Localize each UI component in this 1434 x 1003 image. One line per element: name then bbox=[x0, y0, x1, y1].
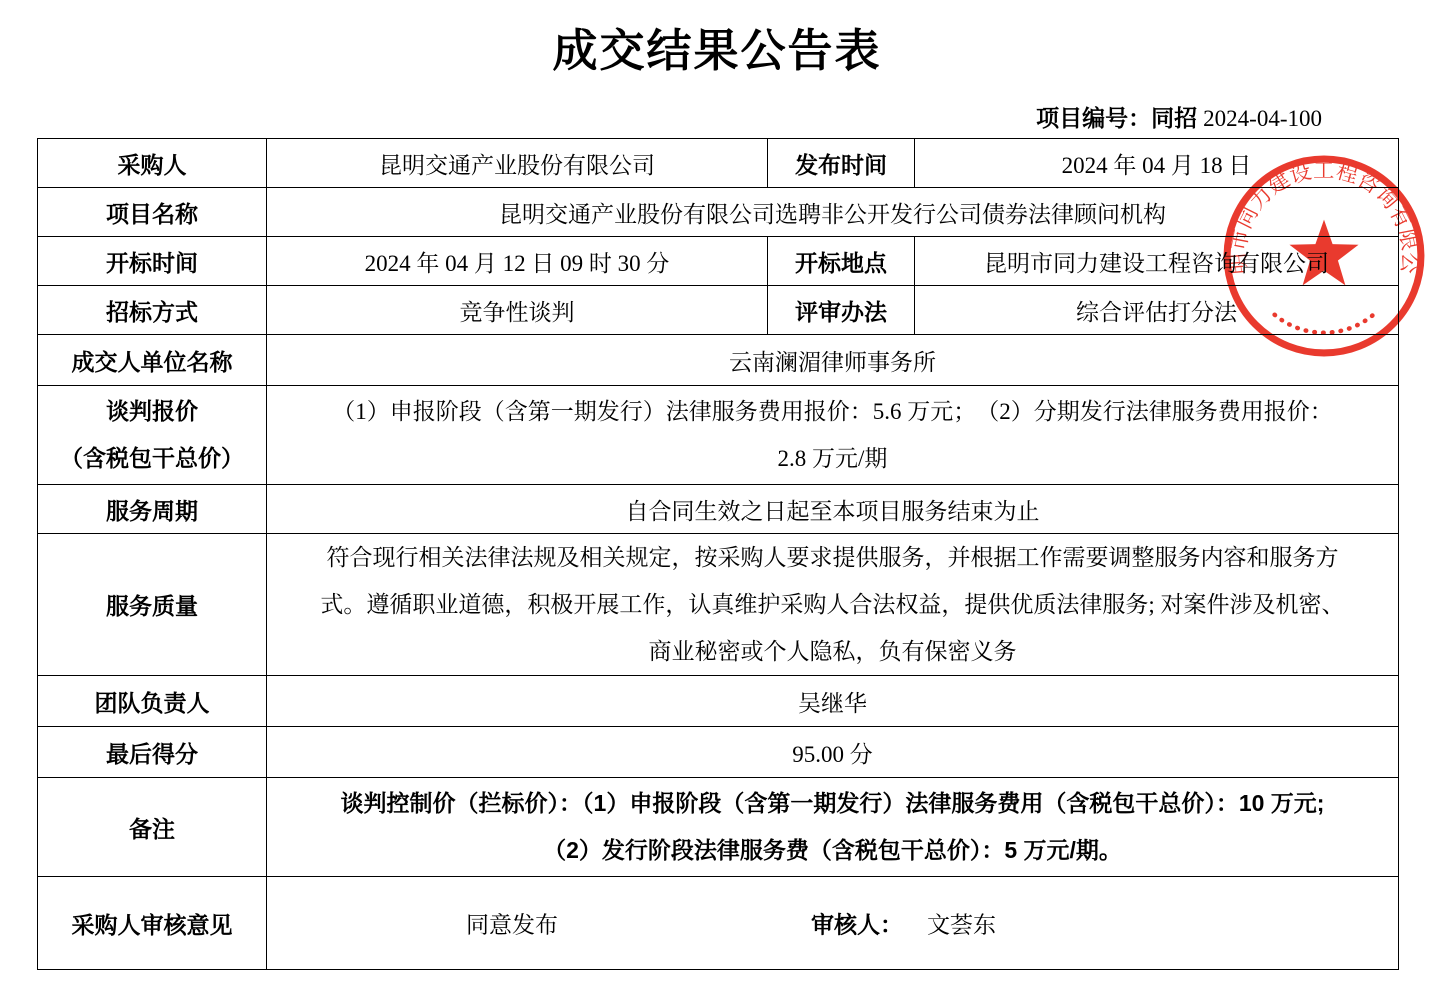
reviewer: 审核人：文荟东 bbox=[811, 907, 996, 940]
review-method-label: 评审办法 bbox=[768, 286, 915, 335]
table-row: 团队负责人 吴继华 bbox=[38, 676, 1399, 727]
result-table: 采购人 昆明交通产业股份有限公司 发布时间 2024 年 04 月 18 日 项… bbox=[37, 138, 1399, 970]
review-opinion-cell: 同意发布 审核人：文荟东 bbox=[267, 877, 1399, 970]
quote-value: （1）申报阶段（含第一期发行）法律服务费用报价：5.6 万元； （2）分期发行法… bbox=[267, 386, 1399, 485]
table-row: 备注 谈判控制价（拦标价）：（1）申报阶段（含第一期发行）法律服务费用（含税包干… bbox=[38, 778, 1399, 877]
publish-time-label: 发布时间 bbox=[768, 139, 915, 188]
reviewer-name: 文荟东 bbox=[927, 913, 996, 938]
project-number-label: 项目编号： bbox=[1036, 105, 1151, 131]
table-row: 项目名称 昆明交通产业股份有限公司选聘非公开发行公司债券法律顾问机构 bbox=[38, 188, 1399, 237]
project-number-value: 2024-04-100 bbox=[1197, 106, 1322, 131]
page-title: 成交结果公告表 bbox=[0, 14, 1434, 79]
review-opinion-value: 同意发布 bbox=[466, 907, 558, 940]
quote-label-line2: （含税包干总价） bbox=[48, 435, 256, 482]
table-row: 采购人审核意见 同意发布 审核人：文荟东 bbox=[38, 877, 1399, 970]
service-period-value: 自合同生效之日起至本项目服务结束为止 bbox=[267, 485, 1399, 534]
publish-time-value: 2024 年 04 月 18 日 bbox=[915, 139, 1399, 188]
purchaser-value: 昆明交通产业股份有限公司 bbox=[267, 139, 768, 188]
service-quality-line1: 符合现行相关法律法规及相关规定，按采购人要求提供服务，并根据工作需要调整服务内容… bbox=[277, 534, 1388, 581]
bid-method-label: 招标方式 bbox=[38, 286, 267, 335]
project-number-prefix: 同招 bbox=[1151, 105, 1197, 131]
table-row: 开标时间 2024 年 04 月 12 日 09 时 30 分 开标地点 昆明市… bbox=[38, 237, 1399, 286]
bid-open-place-value: 昆明市同力建设工程咨询有限公司 bbox=[915, 237, 1399, 286]
service-quality-label: 服务质量 bbox=[38, 534, 267, 676]
service-quality-line2: 式。遵循职业道德，积极开展工作，认真维护采购人合法权益，提供优质法律服务; 对案… bbox=[277, 581, 1388, 628]
service-quality-value: 符合现行相关法律法规及相关规定，按采购人要求提供服务，并根据工作需要调整服务内容… bbox=[267, 534, 1399, 676]
winner-label: 成交人单位名称 bbox=[38, 335, 267, 386]
project-name-label: 项目名称 bbox=[38, 188, 267, 237]
project-number: 项目编号：同招2024-04-100 bbox=[1036, 100, 1322, 133]
final-score-value: 95.00 分 bbox=[267, 727, 1399, 778]
table-row: 服务质量 符合现行相关法律法规及相关规定，按采购人要求提供服务，并根据工作需要调… bbox=[38, 534, 1399, 676]
final-score-label: 最后得分 bbox=[38, 727, 267, 778]
table-row: 成交人单位名称 云南澜湄律师事务所 bbox=[38, 335, 1399, 386]
table-row: 招标方式 竞争性谈判 评审办法 综合评估打分法 bbox=[38, 286, 1399, 335]
table-row: 服务周期 自合同生效之日起至本项目服务结束为止 bbox=[38, 485, 1399, 534]
bid-open-time-label: 开标时间 bbox=[38, 237, 267, 286]
team-leader-label: 团队负责人 bbox=[38, 676, 267, 727]
reviewer-label: 审核人： bbox=[811, 912, 903, 938]
purchaser-label: 采购人 bbox=[38, 139, 267, 188]
winner-value: 云南澜湄律师事务所 bbox=[267, 335, 1399, 386]
quote-value-line1: （1）申报阶段（含第一期发行）法律服务费用报价：5.6 万元； （2）分期发行法… bbox=[277, 388, 1388, 435]
team-leader-value: 吴继华 bbox=[267, 676, 1399, 727]
table-row: 采购人 昆明交通产业股份有限公司 发布时间 2024 年 04 月 18 日 bbox=[38, 139, 1399, 188]
project-name-value: 昆明交通产业股份有限公司选聘非公开发行公司债券法律顾问机构 bbox=[267, 188, 1399, 237]
quote-label: 谈判报价 （含税包干总价） bbox=[38, 386, 267, 485]
table-row: 最后得分 95.00 分 bbox=[38, 727, 1399, 778]
review-opinion-label: 采购人审核意见 bbox=[38, 877, 267, 970]
table-row: 谈判报价 （含税包干总价） （1）申报阶段（含第一期发行）法律服务费用报价：5.… bbox=[38, 386, 1399, 485]
bid-open-place-label: 开标地点 bbox=[768, 237, 915, 286]
bid-open-time-value: 2024 年 04 月 12 日 09 时 30 分 bbox=[267, 237, 768, 286]
remarks-line2: （2）发行阶段法律服务费（含税包干总价）：5 万元/期。 bbox=[277, 827, 1388, 874]
quote-value-line2: 2.8 万元/期 bbox=[277, 435, 1388, 482]
remarks-value: 谈判控制价（拦标价）：（1）申报阶段（含第一期发行）法律服务费用（含税包干总价）… bbox=[267, 778, 1399, 877]
bid-method-value: 竞争性谈判 bbox=[267, 286, 768, 335]
announcement-page: 成交结果公告表 项目编号：同招2024-04-100 采购人 昆明交通产业股份有… bbox=[0, 0, 1434, 1003]
service-period-label: 服务周期 bbox=[38, 485, 267, 534]
review-method-value: 综合评估打分法 bbox=[915, 286, 1399, 335]
quote-label-line1: 谈判报价 bbox=[48, 388, 256, 435]
remarks-line1: 谈判控制价（拦标价）：（1）申报阶段（含第一期发行）法律服务费用（含税包干总价）… bbox=[277, 780, 1388, 827]
service-quality-line3: 商业秘密或个人隐私，负有保密义务 bbox=[277, 628, 1388, 675]
remarks-label: 备注 bbox=[38, 778, 267, 877]
